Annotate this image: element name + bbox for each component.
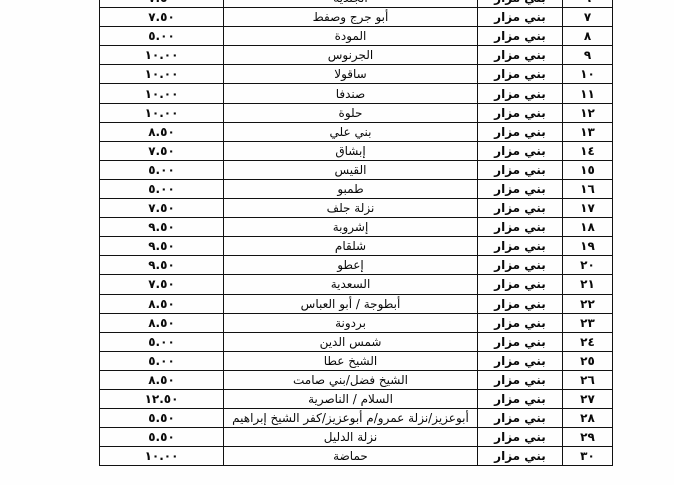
row-number-cell: ١٣ bbox=[563, 122, 613, 141]
amount-cell: ٥.٥٠ bbox=[100, 428, 224, 447]
table-row: ١٤بني مزارإبشاق٧.٥٠ bbox=[100, 141, 613, 160]
amount-cell: ١٠.٠٠ bbox=[100, 84, 224, 103]
amount-cell: ٧.٥٠ bbox=[100, 199, 224, 218]
amount-cell: ٥.٠٠ bbox=[100, 351, 224, 370]
center-cell: بني مزار bbox=[478, 141, 563, 160]
row-number-cell: ١٦ bbox=[563, 179, 613, 198]
center-cell: بني مزار bbox=[478, 332, 563, 351]
row-number-cell: ٢٣ bbox=[563, 313, 613, 332]
amount-cell: ٨.٥٠ bbox=[100, 370, 224, 389]
table-row: ٩بني مزارالجرنوس١٠.٠٠ bbox=[100, 46, 613, 65]
table-row: ٢٨بني مزارأبوعزيز/نزلة عمرو/م أبوعزيز/كف… bbox=[100, 409, 613, 428]
table-body: ٦بني مزارالجندية٧.٥٠٧بني مزارأبو جرج وصف… bbox=[100, 0, 613, 466]
center-cell: بني مزار bbox=[478, 218, 563, 237]
table-row: ٢١بني مزارالسعدية٧.٥٠ bbox=[100, 275, 613, 294]
amount-cell: ٩.٥٠ bbox=[100, 256, 224, 275]
center-cell: بني مزار bbox=[478, 0, 563, 8]
table-row: ٨بني مزارالمودة٥.٠٠ bbox=[100, 27, 613, 46]
table-row: ٢٢بني مزارأبطوجة / أبو العباس٨.٥٠ bbox=[100, 294, 613, 313]
table-row: ٦بني مزارالجندية٧.٥٠ bbox=[100, 0, 613, 8]
village-cell: ساقولا bbox=[224, 65, 478, 84]
center-cell: بني مزار bbox=[478, 65, 563, 84]
village-cell: الشيخ فضل/بني صامت bbox=[224, 370, 478, 389]
amount-cell: ٧.٥٠ bbox=[100, 275, 224, 294]
amount-cell: ١٠.٠٠ bbox=[100, 447, 224, 466]
amount-cell: ١٠.٠٠ bbox=[100, 65, 224, 84]
center-cell: بني مزار bbox=[478, 46, 563, 65]
amount-cell: ٨.٥٠ bbox=[100, 122, 224, 141]
village-cell: بني علي bbox=[224, 122, 478, 141]
center-cell: بني مزار bbox=[478, 389, 563, 408]
row-number-cell: ٨ bbox=[563, 27, 613, 46]
table-row: ١٨بني مزارإشروبة٩.٥٠ bbox=[100, 218, 613, 237]
center-cell: بني مزار bbox=[478, 370, 563, 389]
table-row: ٢٦بني مزارالشيخ فضل/بني صامت٨.٥٠ bbox=[100, 370, 613, 389]
row-number-cell: ٢٧ bbox=[563, 389, 613, 408]
village-cell: طمبو bbox=[224, 179, 478, 198]
row-number-cell: ٦ bbox=[563, 0, 613, 8]
village-cell: حلوة bbox=[224, 103, 478, 122]
amount-cell: ٧.٥٠ bbox=[100, 8, 224, 27]
center-cell: بني مزار bbox=[478, 199, 563, 218]
row-number-cell: ٣٠ bbox=[563, 447, 613, 466]
center-cell: بني مزار bbox=[478, 237, 563, 256]
amount-cell: ٥.٠٠ bbox=[100, 332, 224, 351]
village-cell: الشيخ عطا bbox=[224, 351, 478, 370]
center-cell: بني مزار bbox=[478, 27, 563, 46]
villages-table: ٦بني مزارالجندية٧.٥٠٧بني مزارأبو جرج وصف… bbox=[99, 0, 613, 466]
row-number-cell: ٢٥ bbox=[563, 351, 613, 370]
row-number-cell: ٢٩ bbox=[563, 428, 613, 447]
center-cell: بني مزار bbox=[478, 428, 563, 447]
village-cell: أبطوجة / أبو العباس bbox=[224, 294, 478, 313]
village-cell: أبوعزيز/نزلة عمرو/م أبوعزيز/كفر الشيخ إب… bbox=[224, 409, 478, 428]
amount-cell: ٥.٠٠ bbox=[100, 179, 224, 198]
row-number-cell: ٧ bbox=[563, 8, 613, 27]
table-row: ٣٠بني مزارحماضة١٠.٠٠ bbox=[100, 447, 613, 466]
row-number-cell: ٢٤ bbox=[563, 332, 613, 351]
row-number-cell: ٩ bbox=[563, 46, 613, 65]
row-number-cell: ١٧ bbox=[563, 199, 613, 218]
village-cell: بردونة bbox=[224, 313, 478, 332]
village-cell: نزلة جلف bbox=[224, 199, 478, 218]
table-row: ١٣بني مزاربني علي٨.٥٠ bbox=[100, 122, 613, 141]
village-cell: الجندية bbox=[224, 0, 478, 8]
village-cell: شلقام bbox=[224, 237, 478, 256]
row-number-cell: ٢١ bbox=[563, 275, 613, 294]
village-cell: المودة bbox=[224, 27, 478, 46]
village-cell: الجرنوس bbox=[224, 46, 478, 65]
center-cell: بني مزار bbox=[478, 294, 563, 313]
table-row: ١٥بني مزارالقيس٥.٠٠ bbox=[100, 160, 613, 179]
center-cell: بني مزار bbox=[478, 409, 563, 428]
amount-cell: ٩.٥٠ bbox=[100, 237, 224, 256]
table-row: ٧بني مزارأبو جرج وصفط٧.٥٠ bbox=[100, 8, 613, 27]
amount-cell: ١٠.٠٠ bbox=[100, 46, 224, 65]
center-cell: بني مزار bbox=[478, 447, 563, 466]
amount-cell: ٨.٥٠ bbox=[100, 313, 224, 332]
row-number-cell: ١٨ bbox=[563, 218, 613, 237]
village-cell: السعدية bbox=[224, 275, 478, 294]
row-number-cell: ١٤ bbox=[563, 141, 613, 160]
table-row: ٢٣بني مزاربردونة٨.٥٠ bbox=[100, 313, 613, 332]
village-cell: حماضة bbox=[224, 447, 478, 466]
table-row: ٢٠بني مزارإعطو٩.٥٠ bbox=[100, 256, 613, 275]
row-number-cell: ٢٠ bbox=[563, 256, 613, 275]
village-cell: إبشاق bbox=[224, 141, 478, 160]
village-cell: أبو جرج وصفط bbox=[224, 8, 478, 27]
row-number-cell: ١٠ bbox=[563, 65, 613, 84]
table-row: ١٩بني مزارشلقام٩.٥٠ bbox=[100, 237, 613, 256]
center-cell: بني مزار bbox=[478, 84, 563, 103]
amount-cell: ٩.٥٠ bbox=[100, 218, 224, 237]
scanned-document-page: ٦بني مزارالجندية٧.٥٠٧بني مزارأبو جرج وصف… bbox=[0, 0, 674, 485]
center-cell: بني مزار bbox=[478, 160, 563, 179]
amount-cell: ٥.٠٠ bbox=[100, 27, 224, 46]
table-row: ٢٥بني مزارالشيخ عطا٥.٠٠ bbox=[100, 351, 613, 370]
amount-cell: ٥.٥٠ bbox=[100, 409, 224, 428]
table-row: ١٦بني مزارطمبو٥.٠٠ bbox=[100, 179, 613, 198]
table-row: ٢٩بني مزارنزلة الدليل٥.٥٠ bbox=[100, 428, 613, 447]
amount-cell: ٧.٥٠ bbox=[100, 141, 224, 160]
table-row: ١٢بني مزارحلوة١٠.٠٠ bbox=[100, 103, 613, 122]
village-cell: إشروبة bbox=[224, 218, 478, 237]
center-cell: بني مزار bbox=[478, 122, 563, 141]
table-row: ٢٤بني مزارشمس الدين٥.٠٠ bbox=[100, 332, 613, 351]
table-row: ١٠بني مزارساقولا١٠.٠٠ bbox=[100, 65, 613, 84]
village-cell: إعطو bbox=[224, 256, 478, 275]
row-number-cell: ٢٦ bbox=[563, 370, 613, 389]
center-cell: بني مزار bbox=[478, 351, 563, 370]
row-number-cell: ١١ bbox=[563, 84, 613, 103]
row-number-cell: ١٩ bbox=[563, 237, 613, 256]
village-cell: شمس الدين bbox=[224, 332, 478, 351]
village-cell: نزلة الدليل bbox=[224, 428, 478, 447]
amount-cell: ١٠.٠٠ bbox=[100, 103, 224, 122]
village-cell: القيس bbox=[224, 160, 478, 179]
table-row: ١١بني مزارصندفا١٠.٠٠ bbox=[100, 84, 613, 103]
row-number-cell: ١٥ bbox=[563, 160, 613, 179]
amount-cell: ٧.٥٠ bbox=[100, 0, 224, 8]
village-cell: السلام / الناصرية bbox=[224, 389, 478, 408]
center-cell: بني مزار bbox=[478, 103, 563, 122]
table-row: ١٧بني مزارنزلة جلف٧.٥٠ bbox=[100, 199, 613, 218]
amount-cell: ١٢.٥٠ bbox=[100, 389, 224, 408]
center-cell: بني مزار bbox=[478, 8, 563, 27]
center-cell: بني مزار bbox=[478, 179, 563, 198]
village-cell: صندفا bbox=[224, 84, 478, 103]
center-cell: بني مزار bbox=[478, 275, 563, 294]
center-cell: بني مزار bbox=[478, 313, 563, 332]
table-row: ٢٧بني مزارالسلام / الناصرية١٢.٥٠ bbox=[100, 389, 613, 408]
row-number-cell: ٢٢ bbox=[563, 294, 613, 313]
center-cell: بني مزار bbox=[478, 256, 563, 275]
amount-cell: ٨.٥٠ bbox=[100, 294, 224, 313]
amount-cell: ٥.٠٠ bbox=[100, 160, 224, 179]
row-number-cell: ٢٨ bbox=[563, 409, 613, 428]
row-number-cell: ١٢ bbox=[563, 103, 613, 122]
